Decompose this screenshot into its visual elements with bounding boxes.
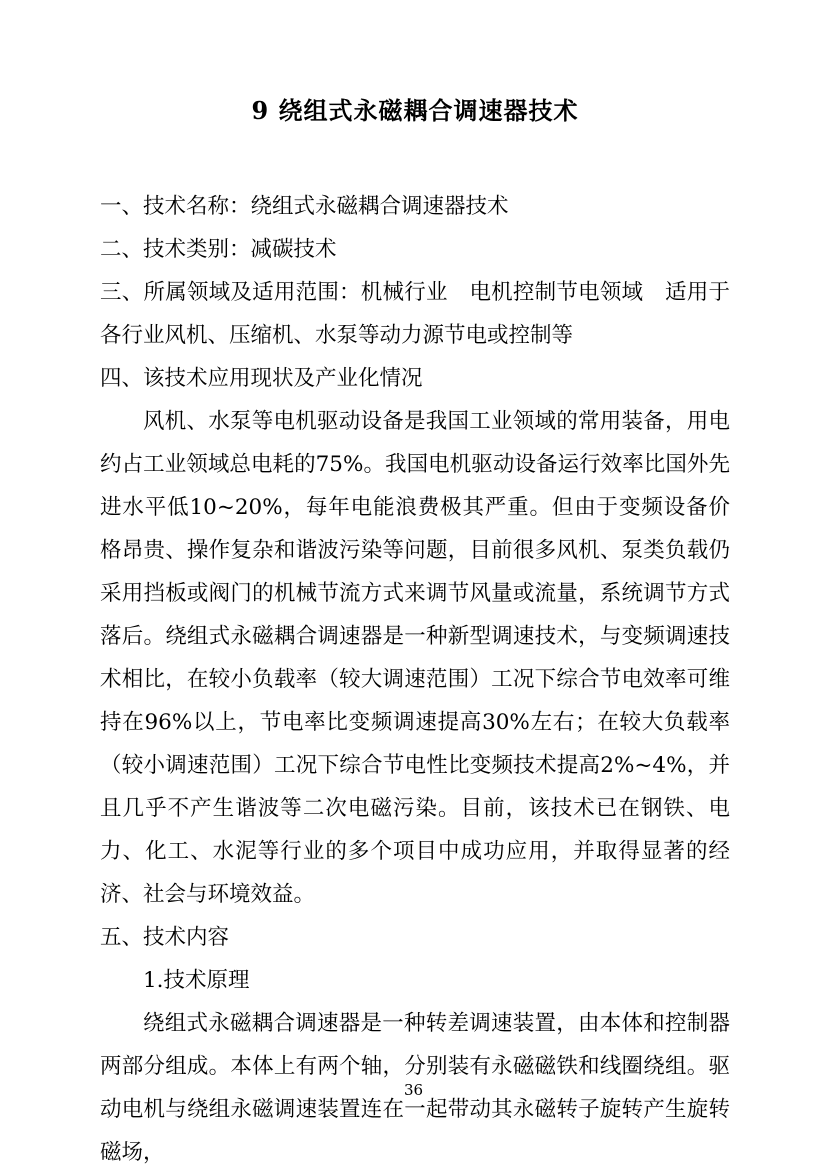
tech-principle-subheading: 1.技术原理	[100, 959, 730, 1002]
page-title: 9 绕组式永磁耦合调速器技术	[100, 95, 730, 127]
document-body: 一、技术名称：绕组式永磁耦合调速器技术 二、技术类别：减碳技术 三、所属领域及适…	[100, 185, 730, 1169]
tech-content-heading: 五、技术内容	[100, 916, 730, 959]
page-content: 9 绕组式永磁耦合调速器技术 一、技术名称：绕组式永磁耦合调速器技术 二、技术类…	[100, 95, 730, 1169]
application-status-paragraph: 风机、水泵等电机驱动设备是我国工业领域的常用装备，用电约占工业领域总电耗的75%…	[100, 400, 730, 916]
tech-name-item: 一、技术名称：绕组式永磁耦合调速器技术	[100, 185, 730, 228]
tech-category-item: 二、技术类别：减碳技术	[100, 228, 730, 271]
field-scope-item: 三、所属领域及适用范围：机械行业 电机控制节电领域 适用于各行业风机、压缩机、水…	[100, 271, 730, 357]
application-status-heading: 四、该技术应用现状及产业化情况	[100, 357, 730, 400]
page-number: 36	[0, 1080, 827, 1100]
document-page: 9 绕组式永磁耦合调速器技术 一、技术名称：绕组式永磁耦合调速器技术 二、技术类…	[0, 0, 827, 1169]
